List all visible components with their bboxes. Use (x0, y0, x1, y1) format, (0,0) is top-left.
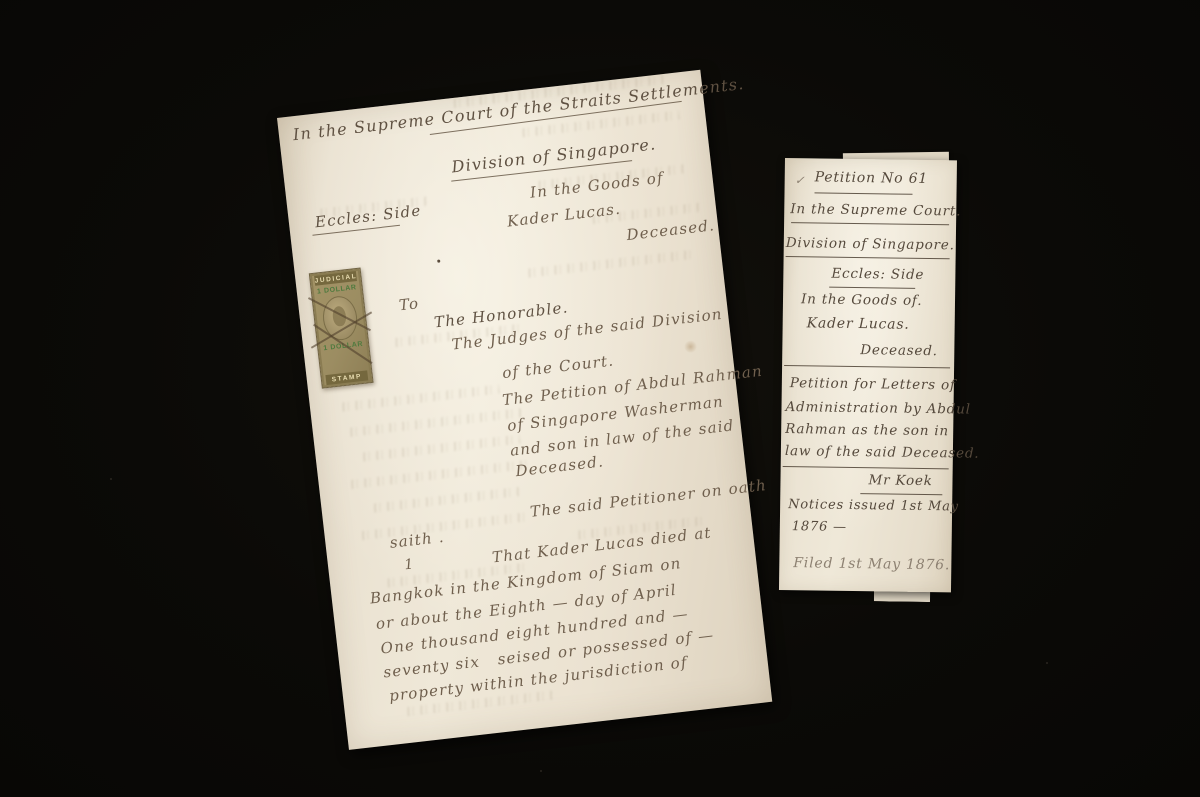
attorney-name: Mr Koek (868, 473, 932, 489)
photograph-background: In the Supreme Court of the Straits Sett… (0, 0, 1200, 797)
show-through-text (371, 487, 521, 513)
salutation-to: To (398, 295, 420, 314)
dust-speck (540, 770, 542, 772)
folded-petition-docket: ✓ Petition No 61 In the Supreme Court. D… (779, 158, 957, 590)
docket-division-line: Division of Singapore. (786, 236, 955, 253)
docket-deceased-label: Deceased. (860, 343, 938, 359)
docket-title: Petition No 61 (815, 170, 929, 187)
dust-speck (1046, 662, 1048, 664)
show-through-text (348, 460, 528, 489)
summary-law-line: law of the said Deceased. (785, 444, 980, 462)
petitioner-oath-line: The said Petitioner on oath (529, 477, 767, 520)
petition-document-page: In the Supreme Court of the Straits Sett… (277, 70, 772, 750)
docket-goods-line: In the Goods of. (801, 292, 923, 309)
saith-line: saith . (389, 529, 446, 552)
stamp-denomination-top: 1 DOLLAR (317, 284, 357, 295)
of-the-court-line: of the Court. (501, 352, 615, 381)
ink-dot (437, 259, 440, 262)
docket-deceased-name: Kader Lucas. (807, 316, 910, 333)
docket-eccles-side: Eccles: Side (831, 267, 924, 283)
docket-court-line: In the Supreme Court. (790, 202, 961, 219)
notices-year-line: 1876 — (792, 520, 847, 535)
deceased-label: Deceased. (626, 217, 716, 243)
stamp-judicial-band: JUDICIAL (314, 271, 357, 286)
summary-letters-line: Petition for Letters of (790, 376, 956, 393)
paper-stain (683, 340, 698, 354)
queen-portrait-oval (321, 294, 360, 342)
summary-administration-line: Administration by Abdul (785, 400, 970, 417)
notices-issued-line: Notices issued 1st May (788, 498, 959, 515)
stamp-stamp-band: STAMP (325, 370, 368, 385)
summary-rahman-line: Rahman as the son in (785, 422, 949, 439)
filed-date-line: Filed 1st May 1876. (793, 556, 950, 574)
show-through-text (526, 250, 696, 278)
show-through-text (360, 435, 520, 462)
court-title-line: In the Supreme Court of the Straits Sett… (292, 75, 745, 144)
show-through-text (348, 408, 523, 437)
check-mark: ✓ (795, 174, 806, 187)
paragraph-number: 1 (404, 557, 416, 573)
show-through-text (340, 385, 500, 412)
judicial-revenue-stamp: JUDICIAL 1 DOLLAR 1 DOLLAR STAMP (309, 268, 374, 389)
dust-speck (110, 478, 112, 480)
deceased-name: Kader Lucas. (506, 201, 622, 230)
